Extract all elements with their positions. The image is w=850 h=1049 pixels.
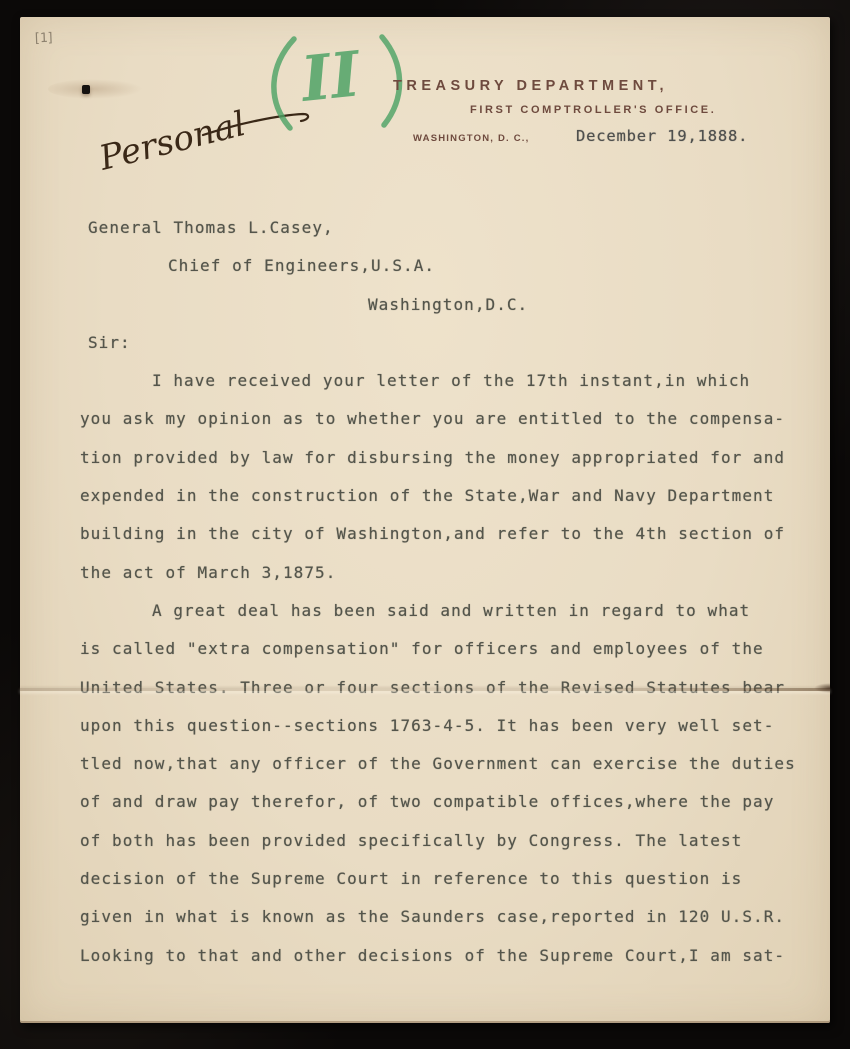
recipient-line: Washington,D.C. (80, 286, 805, 324)
letter-line: is called "extra compensation" for offic… (80, 630, 805, 668)
letter-line: upon this question--sections 1763-4-5. I… (80, 707, 805, 745)
letterhead-office: FIRST COMPTROLLER'S OFFICE. (470, 104, 716, 116)
letter-line: of both has been provided specifically b… (80, 822, 805, 860)
green-left-paren (274, 39, 294, 128)
paper-fold-edge-nick (814, 683, 830, 693)
letter-line: building in the city of Washington,and r… (80, 515, 805, 553)
letter-line: the act of March 3,1875. (80, 554, 805, 592)
letter-text-column: General Thomas L.Casey, Chief of Enginee… (80, 209, 805, 975)
letterhead-department: TREASURY DEPARTMENT, (393, 78, 668, 94)
letter-line: tled now,that any officer of the Governm… (80, 745, 805, 783)
green-numeral-text: II (296, 37, 365, 116)
letter-line: you ask my opinion as to whether you are… (80, 400, 805, 438)
letter-line: of and draw pay therefor, of two compati… (80, 783, 805, 821)
recipient-line: General Thomas L.Casey, (80, 209, 805, 247)
salutation: Sir: (80, 324, 805, 362)
pencil-corner-mark: [1] (33, 31, 54, 47)
scan-background: [1] Personal II TREASURY DEPARTMENT, FIR… (0, 0, 850, 1049)
letter-line: given in what is known as the Saunders c… (80, 898, 805, 936)
paper-fold-crease (20, 688, 830, 691)
letter-date: December 19,1888. (576, 127, 748, 145)
letter-line: expended in the construction of the Stat… (80, 477, 805, 515)
letter-line: I have received your letter of the 17th … (80, 362, 805, 400)
letter-line: tion provided by law for disbursing the … (80, 439, 805, 477)
letter-line: Looking to that and other decisions of t… (80, 937, 805, 975)
letter-line: A great deal has been said and written i… (80, 592, 805, 630)
letter-page: [1] Personal II TREASURY DEPARTMENT, FIR… (20, 17, 830, 1023)
recipient-line: Chief of Engineers,U.S.A. (80, 247, 805, 285)
letter-line: decision of the Supreme Court in referen… (80, 860, 805, 898)
letterhead-city: WASHINGTON, D. C., (413, 133, 529, 144)
personal-handwriting-text: Personal (95, 104, 250, 179)
